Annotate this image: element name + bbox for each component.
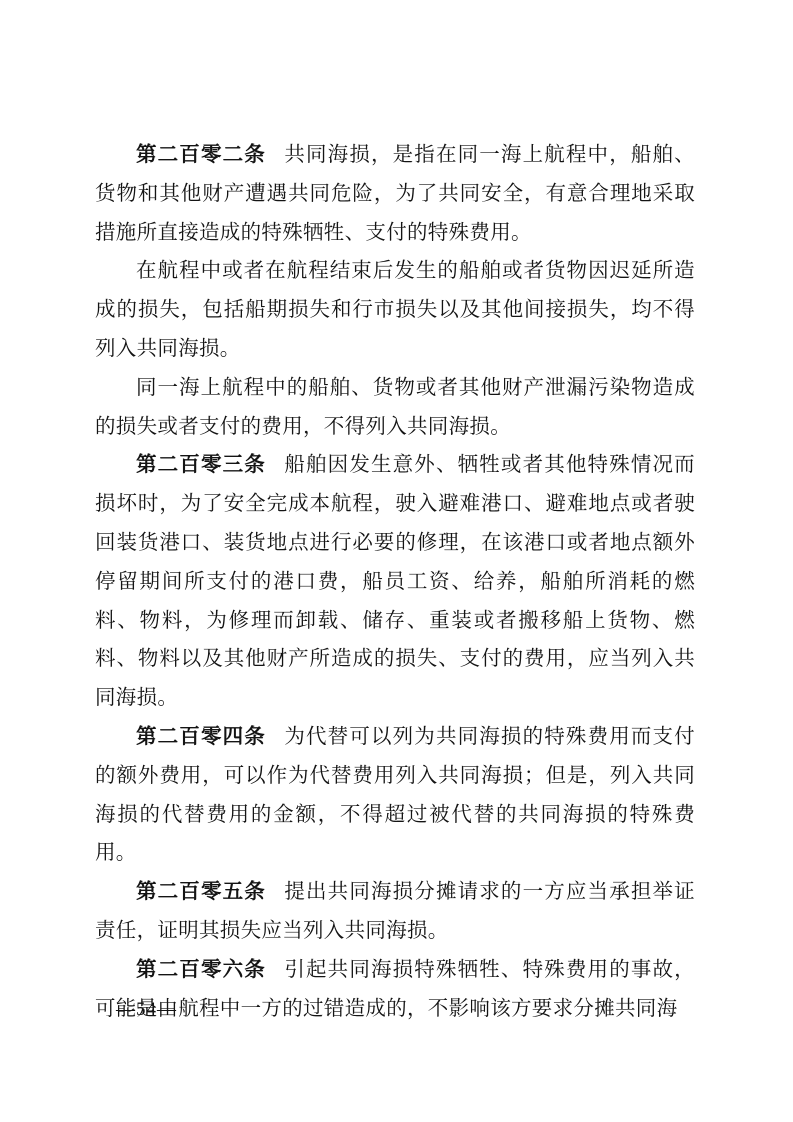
- article-number: 第二百零二条: [136, 144, 266, 166]
- article-number: 第二百零五条: [136, 881, 266, 903]
- article-paragraph: 第二百零六条引起共同海损特殊牺牲、特殊费用的事故，可能是由航程中一方的过错造成的…: [95, 951, 695, 1029]
- document-page: 第二百零二条共同海损，是指在同一海上航程中，船舶、货物和其他财产遭遇共同危险，为…: [0, 0, 793, 1122]
- article-paragraph: 第二百零四条为代替可以列为共同海损的特殊费用而支付的额外费用，可以作为代替费用列…: [95, 718, 695, 873]
- article-text: 船舶因发生意外、牺牲或者其他特殊情况而损坏时，为了安全完成本航程，驶入避难港口、…: [95, 454, 695, 709]
- document-body: 第二百零二条共同海损，是指在同一海上航程中，船舶、货物和其他财产遭遇共同危险，为…: [95, 136, 695, 1028]
- article-number: 第二百零四条: [136, 726, 266, 748]
- article-paragraph: 第二百零三条船舶因发生意外、牺牲或者其他特殊情况而损坏时，为了安全完成本航程，驶…: [95, 446, 695, 718]
- article-text: 同一海上航程中的船舶、货物或者其他财产泄漏污染物造成的损失或者支付的费用，不得列…: [95, 377, 695, 438]
- article-paragraph: 在航程中或者在航程结束后发生的船舶或者货物因迟延所造成的损失，包括船期损失和行市…: [95, 252, 695, 368]
- article-number: 第二百零三条: [136, 454, 266, 476]
- article-paragraph: 同一海上航程中的船舶、货物或者其他财产泄漏污染物造成的损失或者支付的费用，不得列…: [95, 369, 695, 447]
- article-number: 第二百零六条: [136, 959, 266, 981]
- article-paragraph: 第二百零二条共同海损，是指在同一海上航程中，船舶、货物和其他财产遭遇共同危险，为…: [95, 136, 695, 252]
- page-number: —54—: [116, 999, 177, 1021]
- article-text: 在航程中或者在航程结束后发生的船舶或者货物因迟延所造成的损失，包括船期损失和行市…: [95, 260, 695, 360]
- article-paragraph: 第二百零五条提出共同海损分摊请求的一方应当承担举证责任，证明其损失应当列入共同海…: [95, 873, 695, 951]
